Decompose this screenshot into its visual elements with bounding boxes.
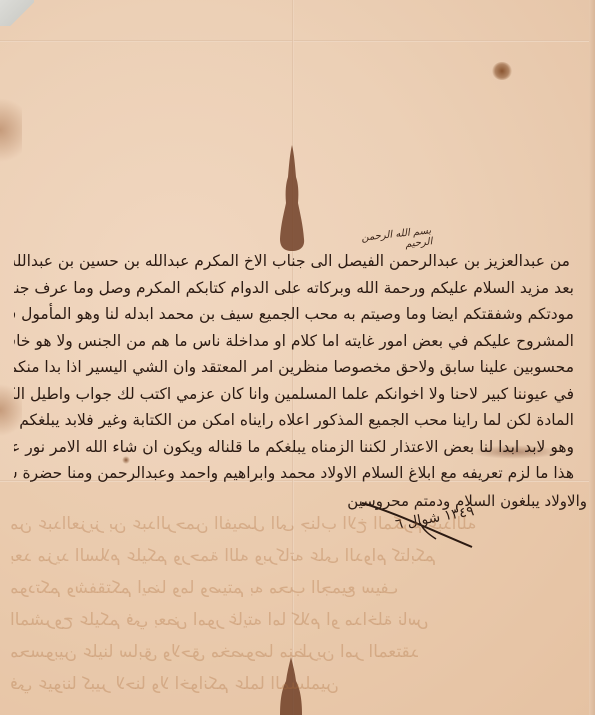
- body-line: وهو لابد ابدا لنا بعض الاعتذار لكننا الز…: [14, 434, 574, 461]
- ghost-line: بعد مزيد السلام عليكم ورحمة الله وبركاته…: [10, 540, 585, 572]
- ghost-line: المشروح عليكم في بعض امور غايته اما كلام…: [10, 604, 585, 636]
- paper-right-edge: [589, 0, 595, 715]
- ghost-line: من عبدالعزيز بن عبدالرحمن الفيصل الى جنا…: [10, 508, 585, 540]
- ink-blot-stain: [492, 62, 512, 80]
- folded-corner: [0, 0, 34, 26]
- letter-body: من عبدالعزيز بن عبدالرحمن الفيصل الى جنا…: [14, 248, 574, 487]
- fold-crease-top: [0, 40, 595, 42]
- ghost-line: محسوبين علينا سابق ولاحق مخصوصا منظرين ا…: [10, 636, 585, 668]
- body-line: المشروح عليكم في بعض امور غايته اما كلام…: [14, 328, 574, 355]
- body-line: مودتكم وشفقتكم ايضا وما وصيتم به محب الج…: [14, 301, 574, 328]
- body-line: محسوبين علينا سابق ولاحق مخصوصا منظرين ا…: [14, 354, 574, 381]
- letter-page: بسم الله الرحمن الرحيم من عبدالعزيز بن ع…: [0, 0, 595, 715]
- top-spire-stain: [272, 143, 312, 253]
- body-line: بعد مزيد السلام عليكم ورحمة الله وبركاته…: [14, 275, 574, 302]
- body-line: في عيوننا كبير لاحنا ولا اخوانكم علما ال…: [14, 381, 574, 408]
- ghost-line: مودتكم وشفقتكم ايضا وما وصيتم به محب الج…: [10, 572, 585, 604]
- body-line: من عبدالعزيز بن عبدالرحمن الفيصل الى جنا…: [14, 248, 570, 275]
- body-line: المادة لكن لما راينا محب الجميع المذكور …: [14, 407, 574, 434]
- bleed-through-text: من عبدالعزيز بن عبدالرحمن الفيصل الى جنا…: [10, 508, 585, 700]
- foxing-stain-left-1: [0, 90, 22, 170]
- ghost-line: في عيوننا كبير لاحنا ولا اخوانكم علما ال…: [10, 668, 585, 700]
- body-line: هذا ما لزم تعريفه مع ابلاغ السلام الاولا…: [14, 460, 574, 487]
